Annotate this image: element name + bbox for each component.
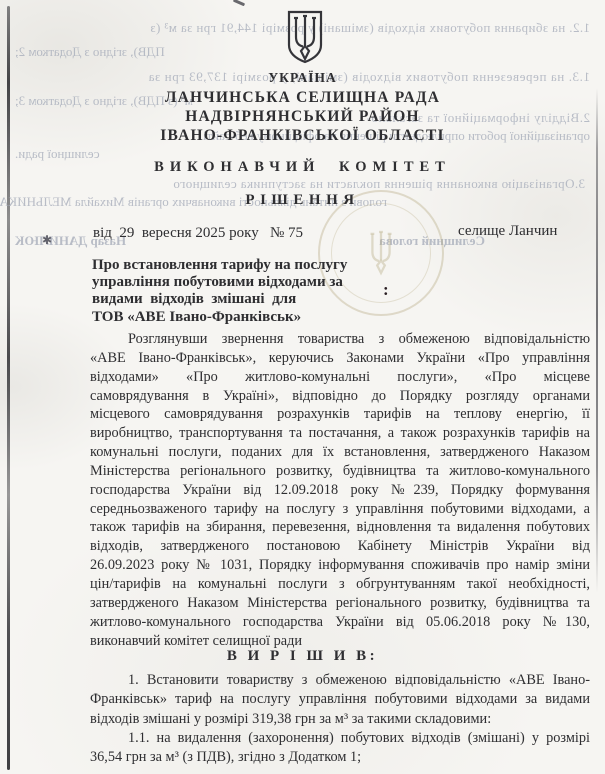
body-line: цін/тарифів на комунальні послуги з обгр…: [90, 575, 590, 594]
subject-line: Про встановлення тарифу на послугу: [92, 257, 452, 274]
body-line: середньозваженого тарифу на послугу з уп…: [90, 500, 590, 519]
body-line: також тарифів на збирання, перевезення, …: [90, 518, 590, 537]
subject-line: видами відходів змішані для: [92, 291, 452, 308]
body-line: затвердженого Наказом Міністерства регіо…: [90, 594, 590, 613]
decision-line: 36,54 грн за м³ (з ПДВ), згідно з Додатк…: [90, 748, 590, 767]
preamble-paragraph: Розглянувши звернення товариства з обмеж…: [90, 330, 590, 650]
decision-line: 1. Встановити товариству з обмеженою від…: [90, 671, 590, 690]
body-line: житлово-комунального господарства Україн…: [90, 613, 590, 632]
subject-line: управління побутовими відходами за: [92, 274, 452, 291]
decision-items: 1. Встановити товариству з обмеженою від…: [90, 671, 590, 767]
body-line: господарства України від 12.09.2018 року…: [90, 481, 590, 500]
ink-smudge-mark: ✱: [42, 233, 52, 248]
document-type: РІШЕННЯ: [0, 192, 605, 209]
committee-name: ВИКОНАВЧИЙ КОМІТЕТ: [0, 159, 605, 176]
decision-line: Франківськ» тариф на послугу управління …: [90, 690, 590, 709]
decision-line: 1.1. на видалення (захоронення) побутови…: [90, 729, 590, 748]
body-line: відходів, затвердженого постановою Кабін…: [90, 537, 590, 556]
body-line: відходами» «Про житлово-комунальні послу…: [90, 368, 590, 387]
body-line: комунальні послуги, поданих для їх встан…: [90, 443, 590, 462]
body-line: Міністерства регіонального розвитку, буд…: [90, 462, 590, 481]
body-line: місцевого самоврядування розрахунків тар…: [90, 405, 590, 424]
district-name: НАДВІРНЯНСЬКИЙ РАЙОН: [0, 108, 605, 126]
place-name: селище Ланчин: [458, 223, 557, 240]
document-subject: Про встановлення тарифу на послугу управ…: [92, 257, 452, 326]
council-name: ЛАНЧИНСЬКА СЕЛИЩНА РАДА: [0, 89, 605, 107]
bleedthrough-line: ПДВ), згідно з Додатком 2;: [15, 44, 315, 60]
letterhead: УКРАЇНА ЛАНЧИНСЬКА СЕЛИЩНА РАДА НАДВІРНЯ…: [0, 70, 605, 209]
region-name: ІВАНО-ФРАНКІВСЬКОЇ ОБЛАСТІ: [0, 127, 605, 145]
date-and-number-line: від 29 вересня 2025 року № 75: [93, 225, 303, 242]
scanned-decision-document: 1.2. на збирання побутових відходів (змі…: [0, 0, 605, 774]
subject-line: ТОВ «АВЕ Івано-Франківськ»: [92, 309, 452, 326]
country-name: УКРАЇНА: [0, 70, 605, 86]
resolved-heading: В И Р І Ш И В:: [0, 648, 605, 665]
body-line: самоврядування в Україні», відповідно до…: [90, 387, 590, 406]
coat-of-arms-tryzub-icon: [283, 9, 327, 65]
ink-colon-mark: :: [383, 281, 389, 299]
body-line: виробництво, транспортування та постачан…: [90, 424, 590, 443]
decision-line: відходів змішані у розмірі 319,38 грн за…: [90, 710, 590, 729]
body-line: «АВЕ Івано-Франківськ», керуючись Закона…: [90, 349, 590, 368]
body-line: Розглянувши звернення товариства з обмеж…: [90, 330, 590, 349]
body-line: 26.09.2023 року № 1031, Порядку інформув…: [90, 556, 590, 575]
scan-top-mark: [233, 0, 245, 6]
